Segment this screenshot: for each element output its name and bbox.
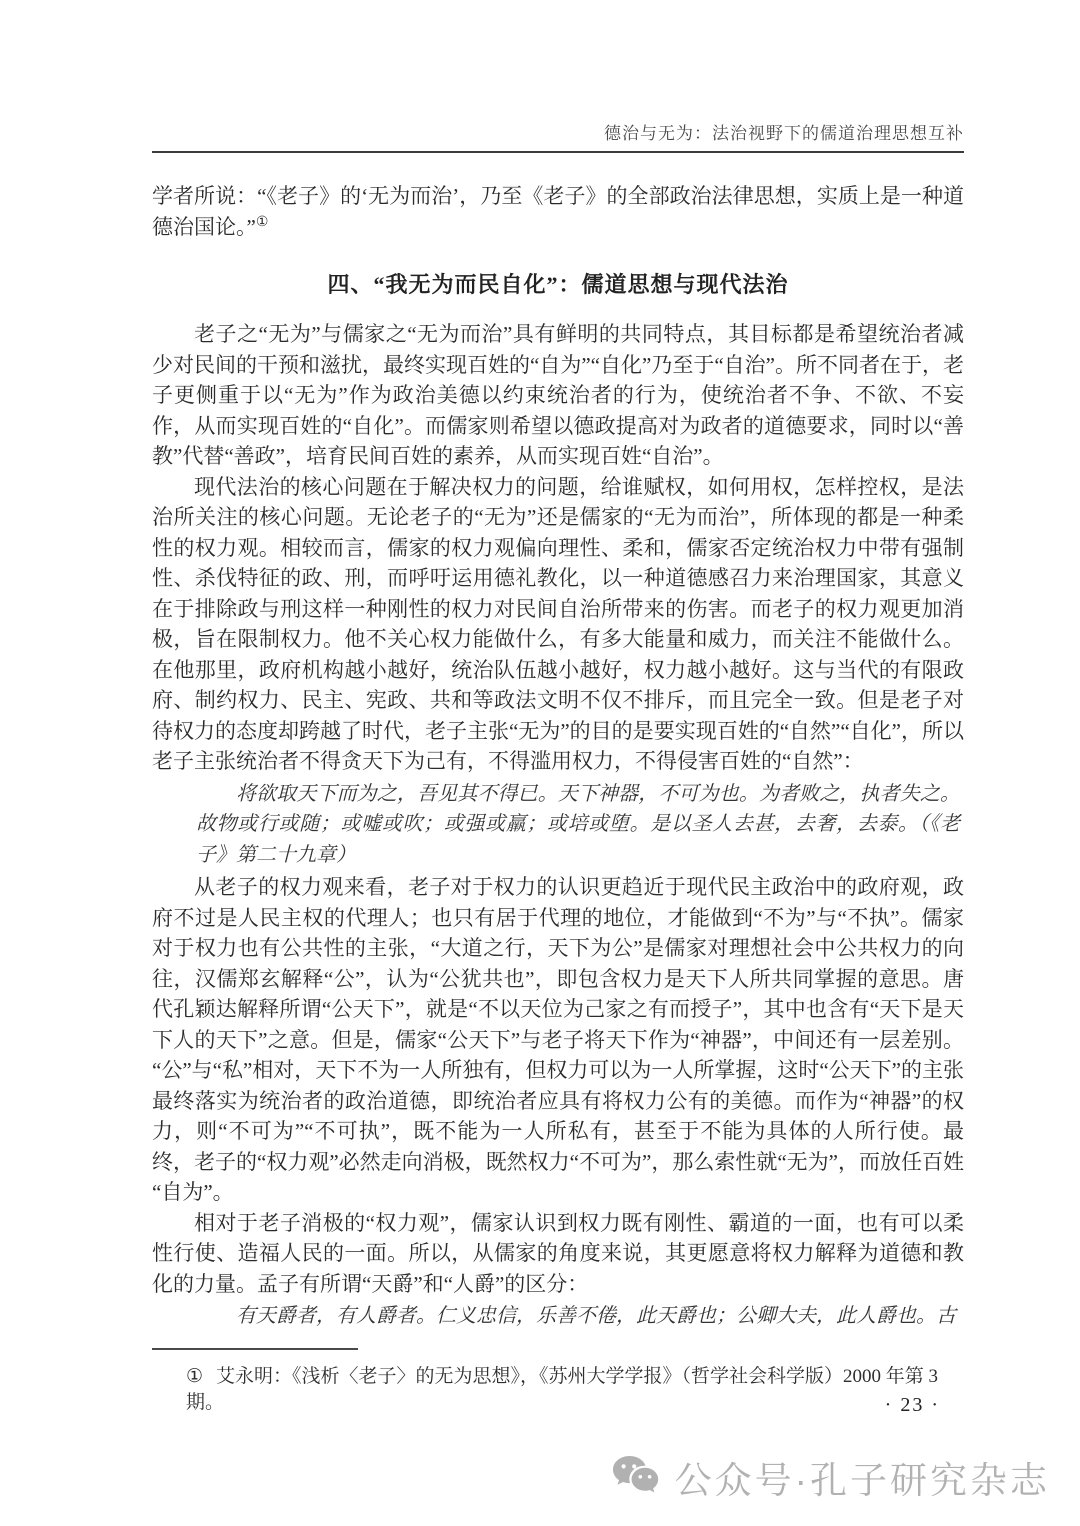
wechat-icon (611, 1454, 661, 1500)
footnote-text: 艾永明：《浅析〈老子〉的无为思想》，《苏州大学学报》（哲学社会科学版）2000 … (186, 1366, 938, 1413)
body-paragraph-3: 从老子的权力观来看，老子对于权力的认识更趋近于现代民主政治中的政府观，政府不过是… (152, 872, 964, 1208)
footnote-marker: ① (186, 1366, 203, 1387)
footnote-block: ①艾永明：《浅析〈老子〉的无为思想》，《苏州大学学报》（哲学社会科学版）2000… (152, 1348, 964, 1416)
watermark-text: 公众号·孔子研究杂志 (675, 1450, 1050, 1504)
footnote: ①艾永明：《浅析〈老子〉的无为思想》，《苏州大学学报》（哲学社会科学版）2000… (152, 1364, 964, 1416)
block-quote-laozi: 将欲取天下而为之，吾见其不得已。天下神器，不可为也。为者败之，执者失之。故物或行… (196, 779, 960, 871)
block-quote-mengzi: 有天爵者，有人爵者。仁义忠信，乐善不倦，此天爵也；公卿大夫，此人爵也。古 (196, 1301, 960, 1332)
page-number: · 23 · (885, 1394, 940, 1417)
watermark: 公众号·孔子研究杂志 (611, 1450, 1050, 1504)
running-head: 德治与无为：法治视野下的儒道治理思想互补 (152, 122, 964, 153)
section-heading: 四、“我无为而民自化”：儒道思想与现代法治 (152, 268, 964, 299)
intro-paragraph: 学者所说：“《老子》的‘无为而治’，乃至《老子》的全部政治法律思想，实质上是一种… (152, 181, 964, 242)
intro-paragraph-text: 学者所说：“《老子》的‘无为而治’，乃至《老子》的全部政治法律思想，实质上是一种… (152, 184, 964, 239)
body-paragraph-2: 现代法治的核心问题在于解决权力的问题，给谁赋权，如何用权，怎样控权，是法治所关注… (152, 472, 964, 777)
journal-page: 德治与无为：法治视野下的儒道治理思想互补 学者所说：“《老子》的‘无为而治’，乃… (0, 0, 1080, 1526)
body-paragraph-1: 老子之“无为”与儒家之“无为而治”具有鲜明的共同特点，其目标都是希望统治者减少对… (152, 319, 964, 472)
body-paragraph-4: 相对于老子消极的“权力观”，儒家认识到权力既有刚性、霸道的一面，也有可以柔性行使… (152, 1208, 964, 1300)
footnote-reference-marker: ① (256, 215, 269, 230)
text-column: 德治与无为：法治视野下的儒道治理思想互补 学者所说：“《老子》的‘无为而治’，乃… (152, 0, 964, 1416)
footnote-divider (152, 1348, 358, 1350)
